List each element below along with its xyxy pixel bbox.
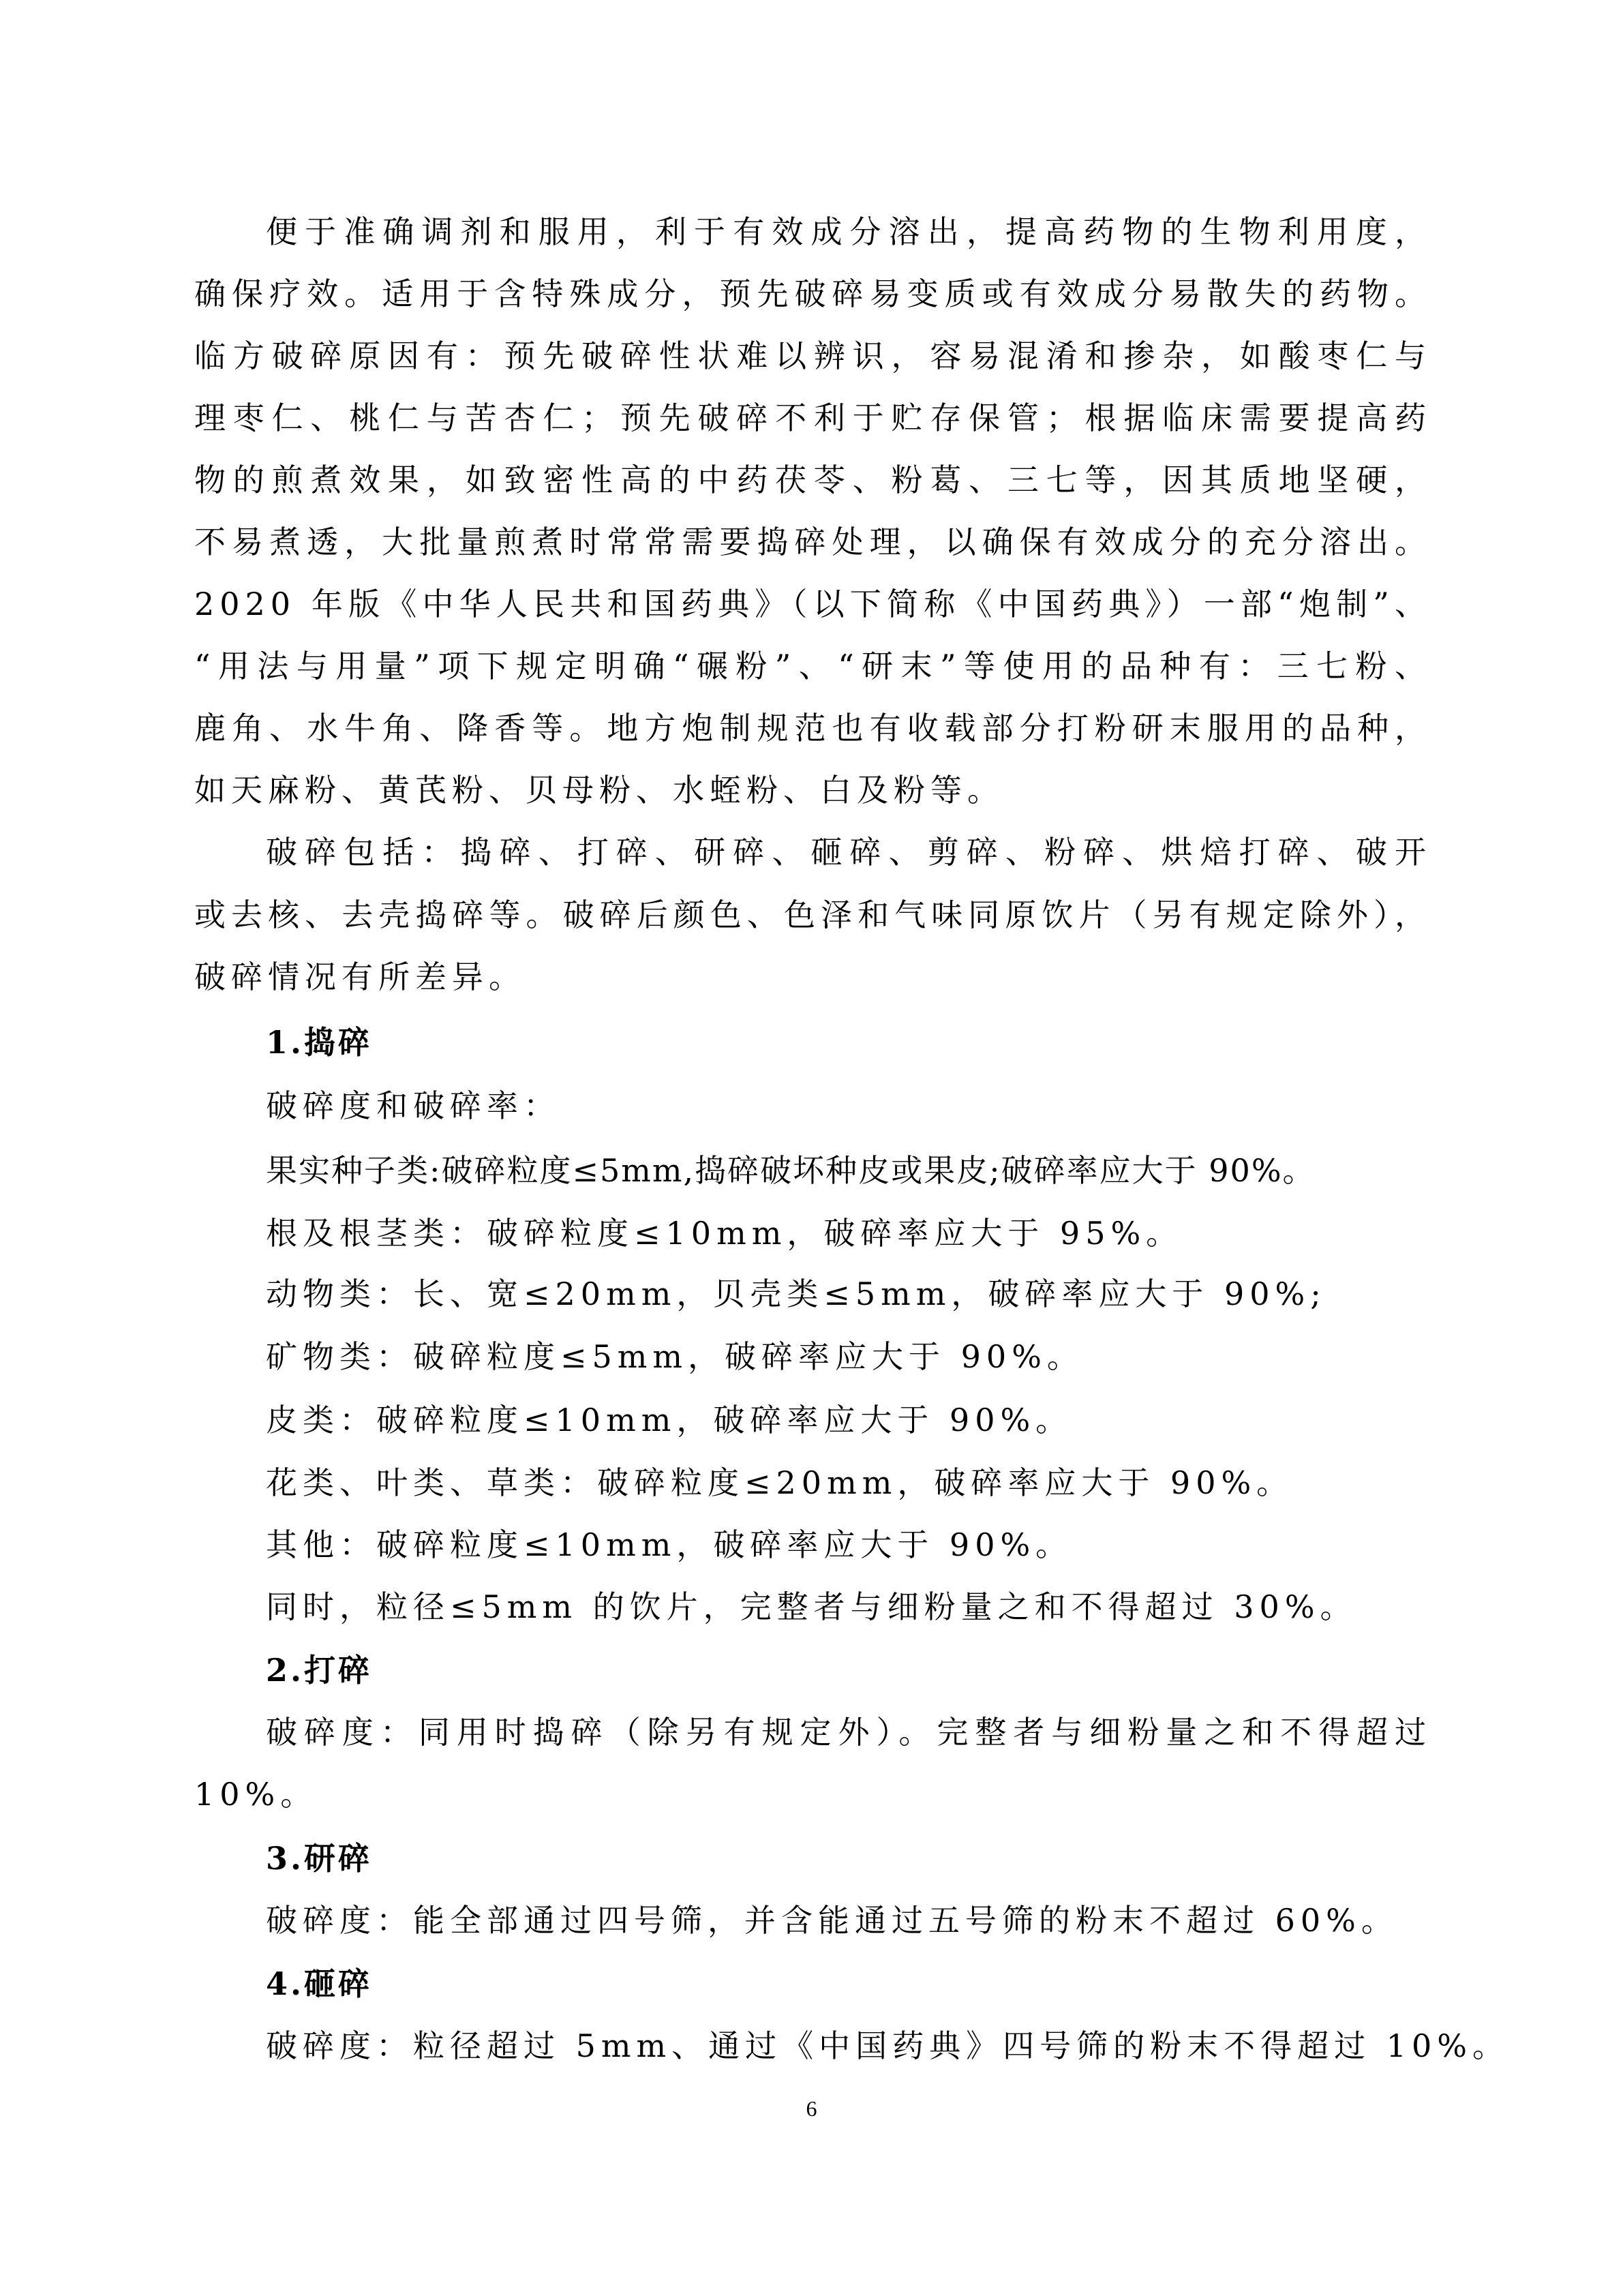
paragraph-1-line-2: 确保疗效。适用于含特殊成分，预先破碎易变质或有效成分易散失的药物。	[194, 267, 1431, 321]
section-1-line-3: 根及根茎类：破碎粒度≤10mm，破碎率应大于 95%。	[266, 1206, 1183, 1260]
section-1-line-5: 矿物类：破碎粒度≤5mm，破碎率应大于 90%。	[266, 1329, 1084, 1384]
paragraph-1-line-9: 鹿角、水牛角、降香等。地方炮制规范也有收载部分打粉研末服用的品种，	[194, 701, 1431, 755]
section-1-line-1: 破碎度和破碎率：	[266, 1078, 560, 1133]
section-2-line-2: 10%。	[194, 1767, 1431, 1822]
document-page: 便于准确调剂和服用，利于有效成分溶出，提高药物的生物利用度， 确保疗效。适用于含…	[0, 0, 1623, 2296]
section-heading-3: 3.研碎	[266, 1831, 372, 1886]
paragraph-1-line-5: 物的煎煮效果，如致密性高的中药茯苓、粉葛、三七等，因其质地坚硬，	[194, 453, 1431, 507]
section-1-line-7: 花类、叶类、草类：破碎粒度≤20mm，破碎率应大于 90%。	[266, 1455, 1293, 1510]
paragraph-1-line-8: “用法与用量”项下规定明确“碾粉”、“研末”等使用的品种有：三七粉、	[194, 639, 1431, 693]
section-1-line-9: 同时，粒径≤5mm 的饮片，完整者与细粉量之和不得超过 30%。	[266, 1580, 1357, 1634]
paragraph-1-line-10: 如天麻粉、黄芪粉、贝母粉、水蛭粉、白及粉等。	[194, 763, 1431, 817]
section-1-line-4: 动物类：长、宽≤20mm，贝壳类≤5mm，破碎率应大于 90%;	[266, 1267, 1326, 1321]
paragraph-1-line-4: 理枣仁、桃仁与苦杏仁；预先破碎不利于贮存保管；根据临床需要提高药	[194, 391, 1431, 445]
section-1-line-6: 皮类：破碎粒度≤10mm，破碎率应大于 90%。	[266, 1393, 1072, 1447]
paragraph-2-line-2: 或去核、去壳捣碎等。破碎后颜色、色泽和气味同原饮片（另有规定除外），	[194, 888, 1431, 942]
paragraph-1-line-3: 临方破碎原因有：预先破碎性状难以辨识，容易混淆和掺杂，如酸枣仁与	[194, 329, 1431, 383]
section-2-line-1: 破碎度：同用时捣碎（除另有规定外）。完整者与细粉量之和不得超过	[266, 1705, 1431, 1759]
section-heading-2: 2.打碎	[266, 1643, 372, 1697]
paragraph-1-line-1: 便于准确调剂和服用，利于有效成分溶出，提高药物的生物利用度，	[266, 205, 1431, 259]
page-number: 6	[0, 2096, 1623, 2121]
paragraph-2-line-1: 破碎包括：捣碎、打碎、研碎、砸碎、剪碎、粉碎、烘焙打碎、破开	[266, 825, 1431, 879]
section-3-line-1: 破碎度：能全部通过四号筛，并含能通过五号筛的粉末不超过 60%。	[266, 1893, 1398, 1948]
section-1-line-8: 其他：破碎粒度≤10mm，破碎率应大于 90%。	[266, 1517, 1072, 1572]
paragraph-1-line-7: 2020 年版《中华人民共和国药典》（以下简称《中国药典》）一部“炮制”、	[194, 577, 1431, 631]
section-heading-4: 4.砸碎	[266, 1957, 372, 2011]
section-heading-1: 1.捣碎	[266, 1015, 372, 1070]
paragraph-2-line-3: 破碎情况有所差异。	[194, 950, 1431, 1004]
section-4-line-1: 破碎度：粒径超过 5mm、通过《中国药典》四号筛的粉末不得超过 10%。	[266, 2019, 1509, 2073]
section-1-line-2: 果实种子类:破碎粒度≤5mm,捣碎破坏种皮或果皮;破碎率应大于 90%。	[266, 1143, 1316, 1198]
paragraph-1-line-6: 不易煮透，大批量煎煮时常常需要捣碎处理，以确保有效成分的充分溶出。	[194, 515, 1431, 569]
